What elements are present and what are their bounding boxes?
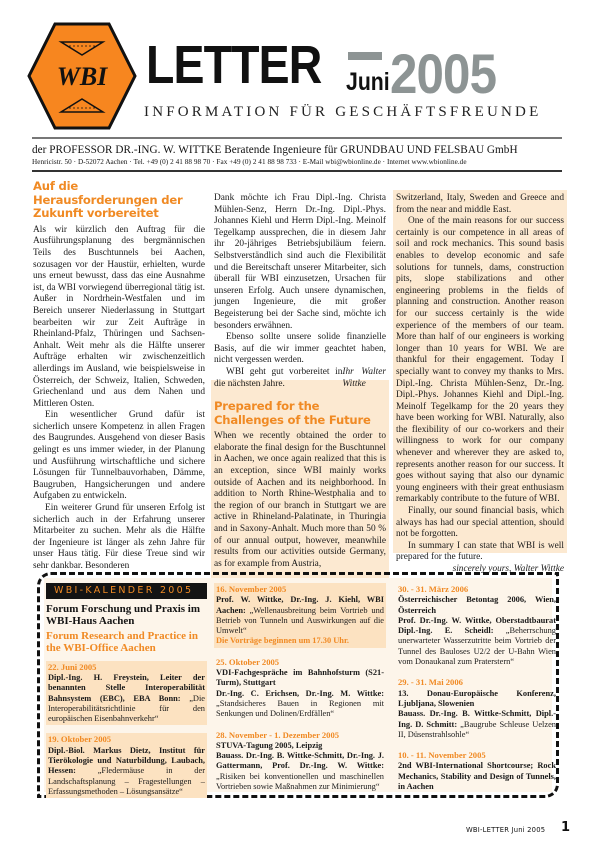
- paragraph: WBI geht gut vorbereitet in die nächsten…: [214, 367, 342, 390]
- event-date: 16. November 2005: [216, 584, 384, 594]
- german-signature-line: WBI geht gut vorbereitet in die nächsten…: [214, 367, 386, 390]
- calendar-event: 22. Juni 2005 Dipl.-Ing. H. Freystein, L…: [46, 661, 207, 726]
- calendar-event: 29. - 31. Mai 2006 13. Donau-Europäische…: [396, 676, 558, 741]
- event-date: 10. - 11. November 2005: [398, 750, 556, 760]
- newsletter-title: LETTER: [146, 38, 321, 92]
- german-signature: Ihr Walter Wittke: [342, 367, 386, 390]
- paragraph: Finally, our sound financial basis, whic…: [396, 506, 564, 541]
- paragraph: Ebenso sollte unsere solide finanzielle …: [214, 332, 386, 367]
- event-speaker: Dr.-Ing. C. Erichsen, Dr.-Ing. M. Wittke…: [216, 689, 384, 698]
- hexagon-logo-icon: WBI: [27, 22, 137, 130]
- footer-label: WBI-LETTER Juni 2005: [466, 826, 545, 834]
- calendar-event: 30. - 31. März 2006 Österreichischer Bet…: [396, 583, 558, 668]
- tagline: INFORMATION FÜR GESCHÄFTSFREUNDE: [144, 104, 541, 121]
- paragraph: Ein wesentlicher Grund dafür ist sicherl…: [33, 410, 205, 503]
- event-title: „Risiken bei konventionellen und maschin…: [216, 772, 384, 791]
- paragraph: One of the main reasons for our success …: [396, 216, 564, 506]
- german-article-continued: Dank möchte ich Frau Dipl.-Ing. Christa …: [214, 193, 386, 570]
- event-note: Die Vorträge beginnen um 17.30 Uhr.: [216, 636, 384, 646]
- english-article-continued: Switzerland, Italy, Sweden and Greece an…: [396, 193, 564, 576]
- date-accent-bar: [348, 52, 382, 60]
- event-venue: STUVA-Tagung 2005, Leipzig: [216, 741, 384, 751]
- calendar-column-1: WBI-KALENDER 2005 Forum Forschung und Pr…: [46, 583, 207, 806]
- calendar-column-2: 16. November 2005 Prof. W. Wittke, Dr.-I…: [214, 583, 386, 801]
- calendar-event: 19. Oktober 2005 Dipl.-Biol. Markus Diet…: [46, 733, 207, 798]
- issue-year: 2005: [390, 46, 496, 102]
- event-speaker: Bauass. Dr.-Ing. B. Wittke-Schmitt, Dr.-…: [216, 751, 384, 770]
- paragraph: Dank möchte ich Frau Dipl.-Ing. Christa …: [214, 193, 386, 332]
- event-date: 19. Oktober 2005: [48, 734, 205, 744]
- event-date: 25. Oktober 2005: [216, 657, 384, 667]
- address-divider: [32, 170, 562, 172]
- paragraph: In summary I can state that WBI is well …: [396, 541, 564, 564]
- event-date: 22. Juni 2005: [48, 662, 205, 672]
- calendar-heading: WBI-KALENDER 2005: [46, 583, 207, 599]
- english-article-heading: Prepared for the Challenges of the Futur…: [214, 400, 386, 427]
- event-date: 28. November - 1. Dezember 2005: [216, 730, 384, 740]
- paragraph: Als wir kürzlich den Auftrag für die Aus…: [33, 225, 205, 411]
- issue-month: Juni: [346, 68, 390, 97]
- event-venue: Österreichischer Betontag 2006, Wien, Ös…: [398, 595, 556, 616]
- event-date: 30. - 31. März 2006: [398, 584, 556, 594]
- calendar-column-3: 30. - 31. März 2006 Österreichischer Bet…: [396, 583, 558, 801]
- event-venue: 2nd WBI-International Shortcourse; Rock …: [398, 761, 556, 792]
- paragraph: Ein weiterer Grund für unseren Erfolg is…: [33, 503, 205, 573]
- calendar-event: 10. - 11. November 2005 2nd WBI-Internat…: [396, 749, 558, 793]
- header-divider: [32, 137, 562, 139]
- company-name: der PROFESSOR DR.-ING. W. WITTKE Beraten…: [32, 144, 518, 156]
- company-address: Henricistr. 50 · D-52072 Aachen · Tel. +…: [32, 158, 467, 166]
- german-article-heading: Auf die Herausforderungen der Zukunft vo…: [33, 180, 205, 221]
- calendar-event: 16. November 2005 Prof. W. Wittke, Dr.-I…: [214, 583, 386, 648]
- paragraph: Switzerland, Italy, Sweden and Greece an…: [396, 193, 564, 216]
- event-date: 29. - 31. Mai 2006: [398, 677, 556, 687]
- event-title: „Standsicheres Bauen in Regionen mit Sen…: [216, 699, 384, 718]
- event-venue: 13. Donau-Europäische Konferenz, Ljublja…: [398, 689, 556, 710]
- forum-title-de: Forum Forschung und Praxis im WBI-Haus A…: [46, 603, 207, 628]
- event-venue: VDI-Fachgespräche im Bahnhofsturm (S21-T…: [216, 668, 384, 689]
- german-article: Auf die Herausforderungen der Zukunft vo…: [33, 180, 205, 573]
- calendar-event: 25. Oktober 2005 VDI-Fachgespräche im Ba…: [214, 656, 386, 721]
- page-number: 1: [561, 820, 570, 835]
- forum-title-en: Forum Research and Practice in the WBI-O…: [46, 630, 207, 655]
- calendar-event: 28. November - 1. Dezember 2005 STUVA-Ta…: [214, 729, 386, 794]
- paragraph: When we recently obtained the order to e…: [214, 431, 386, 570]
- wbi-logo: WBI: [27, 22, 137, 130]
- svg-text:WBI: WBI: [57, 62, 108, 91]
